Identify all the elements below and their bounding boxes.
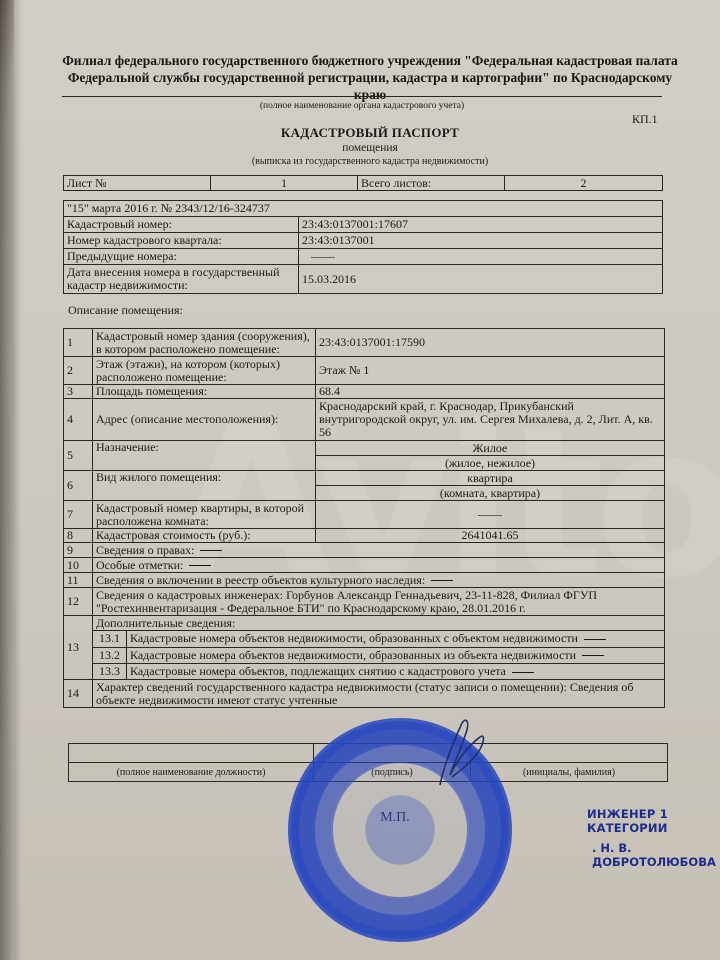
- empty-dash: [512, 672, 534, 673]
- row-label: Дополнительные сведения:: [93, 616, 665, 631]
- sub-row-number: 13.3: [93, 663, 127, 679]
- row-number: 8: [64, 529, 93, 543]
- organization-line-1: Филиал федерального государственного бюд…: [60, 52, 680, 69]
- row-number: 1: [64, 329, 93, 357]
- row-number: 9: [64, 543, 93, 558]
- row-number: 14: [64, 680, 93, 708]
- table-row: 11 Сведения о включении в реестр объекто…: [64, 573, 665, 588]
- table-row: 9 Сведения о правах:: [64, 543, 665, 558]
- sub-row-label: Кадастровые номера объектов недвижимости…: [130, 631, 578, 645]
- table-row: 14 Характер сведений государственного ка…: [64, 680, 665, 708]
- sheet-table: Лист № 1 Всего листов: 2: [63, 175, 663, 191]
- row-label: Вид жилого помещения:: [93, 471, 316, 501]
- record-label: Кадастровый номер:: [64, 217, 299, 233]
- row-value: 23:43:0137001:17590: [316, 329, 665, 357]
- empty-dash: [431, 580, 453, 581]
- table-row: 3 Площадь помещения: 68.4: [64, 385, 665, 399]
- table-row: 4 Адрес (описание местоположения): Красн…: [64, 399, 665, 441]
- handwritten-signature-icon: [430, 715, 490, 795]
- empty-dash: [584, 639, 606, 640]
- seal-label: М.П.: [345, 810, 445, 826]
- position-field: [69, 744, 314, 763]
- document-subtitle: помещения: [60, 142, 680, 154]
- row-value: 2641041.65: [316, 529, 665, 543]
- row-value: Этаж № 1: [316, 357, 665, 385]
- description-table: 1 Кадастровый номер здания (сооружения),…: [63, 328, 665, 708]
- sheet-value: 1: [211, 176, 358, 191]
- row-number: 5: [64, 441, 93, 471]
- sheet-label: Лист №: [64, 176, 211, 191]
- empty-dash: [582, 655, 604, 656]
- record-label: Номер кадастрового квартала:: [64, 233, 299, 249]
- position-caption: (полное наименование должности): [69, 763, 314, 782]
- page-edge-shadow: [0, 0, 22, 960]
- record-label: Предыдущие номера:: [64, 249, 299, 265]
- name-field: [471, 744, 668, 763]
- row-label: Сведения о кадастровых инженерах: Горбун…: [93, 588, 665, 616]
- table-row: 6 Вид жилого помещения: квартира: [64, 471, 665, 486]
- table-row: 7 Кадастровый номер квартиры, в которой …: [64, 501, 665, 529]
- sub-row-label: Кадастровые номера объектов, подлежащих …: [130, 664, 506, 678]
- row-number: 4: [64, 399, 93, 441]
- table-row: 10 Особые отметки:: [64, 558, 665, 573]
- empty-dash: [189, 565, 211, 566]
- description-label: Описание помещения:: [68, 303, 183, 318]
- document-title: КАДАСТРОВЫЙ ПАСПОРТ: [60, 125, 680, 141]
- record-value: 23:43:0137001: [299, 233, 663, 249]
- table-row: 5 Назначение: Жилое: [64, 441, 665, 456]
- row-label: Кадастровый номер здания (сооружения), в…: [93, 329, 316, 357]
- table-row: 2 Этаж (этажи), на котором (которых) рас…: [64, 357, 665, 385]
- record-value: 15.03.2016: [299, 265, 663, 294]
- organization-caption: (полное наименование органа кадастрового…: [62, 101, 662, 111]
- organization-line-2: Федеральной службы государственной регис…: [60, 69, 680, 86]
- row-value: Жилое: [316, 441, 665, 456]
- sub-row-number: 13.2: [93, 647, 127, 663]
- record-label: Дата внесения номера в государственный к…: [64, 265, 299, 294]
- table-row: 13 Дополнительные сведения:: [64, 616, 665, 631]
- row-label: Особые отметки:: [96, 558, 183, 572]
- row-number: 2: [64, 357, 93, 385]
- table-row: 1 Кадастровый номер здания (сооружения),…: [64, 329, 665, 357]
- total-sheets-value: 2: [505, 176, 663, 191]
- sub-row: 13.1 Кадастровые номера объектов недвижи…: [64, 631, 665, 680]
- record-row: Дата внесения номера в государственный к…: [64, 265, 663, 294]
- row-label: Характер сведений государственного кадас…: [93, 680, 665, 708]
- record-value: ——: [299, 249, 663, 265]
- row-hint: (комната, квартира): [316, 486, 665, 501]
- empty-dash: [200, 550, 222, 551]
- engineer-name-stamp: . Н. В. ДОБРОТОЛЮБОВА: [592, 841, 720, 869]
- engineer-title-stamp: ИНЖЕНЕР 1 КАТЕГОРИИ: [587, 807, 720, 835]
- record-row: Номер кадастрового квартала: 23:43:01370…: [64, 233, 663, 249]
- name-caption: (инициалы, фамилия): [471, 763, 668, 782]
- table-row: 12 Сведения о кадастровых инженерах: Гор…: [64, 588, 665, 616]
- row-label: Адрес (описание местоположения):: [93, 399, 316, 441]
- row-label: Площадь помещения:: [93, 385, 316, 399]
- row-value: квартира: [316, 471, 665, 486]
- row-value: ——: [316, 501, 665, 529]
- row-number: 11: [64, 573, 93, 588]
- record-table: "15" марта 2016 г. № 2343/12/16-324737 К…: [63, 200, 663, 294]
- row-label: Сведения о правах:: [96, 543, 194, 557]
- row-number: 3: [64, 385, 93, 399]
- total-sheets-label: Всего листов:: [358, 176, 505, 191]
- row-label: Кадастровый номер квартиры, в которой ра…: [93, 501, 316, 529]
- row-number: 13: [64, 616, 93, 680]
- row-number: 12: [64, 588, 93, 616]
- row-label: Кадастровая стоимость (руб.):: [93, 529, 316, 543]
- row-label: Сведения о включении в реестр объектов к…: [96, 573, 425, 587]
- row-number: 10: [64, 558, 93, 573]
- row-label: Этаж (этажи), на котором (которых) распо…: [93, 357, 316, 385]
- record-value: 23:43:0137001:17607: [299, 217, 663, 233]
- row-label: Назначение:: [93, 441, 316, 471]
- sub-row-label: Кадастровые номера объектов недвижимости…: [130, 648, 576, 662]
- document-subtitle-note: (выписка из государственного кадастра не…: [60, 156, 680, 167]
- header-underline: [62, 96, 662, 97]
- record-row: Предыдущие номера: ——: [64, 249, 663, 265]
- record-date-number: "15" марта 2016 г. № 2343/12/16-324737: [64, 201, 663, 217]
- row-number: 7: [64, 501, 93, 529]
- row-hint: (жилое, нежилое): [316, 456, 665, 471]
- row-value: Краснодарский край, г. Краснодар, Прикуб…: [316, 399, 665, 441]
- table-row: 8 Кадастровая стоимость (руб.): 2641041.…: [64, 529, 665, 543]
- record-row: Кадастровый номер: 23:43:0137001:17607: [64, 217, 663, 233]
- sub-row-number: 13.1: [93, 631, 127, 647]
- row-value: 68.4: [316, 385, 665, 399]
- row-number: 6: [64, 471, 93, 501]
